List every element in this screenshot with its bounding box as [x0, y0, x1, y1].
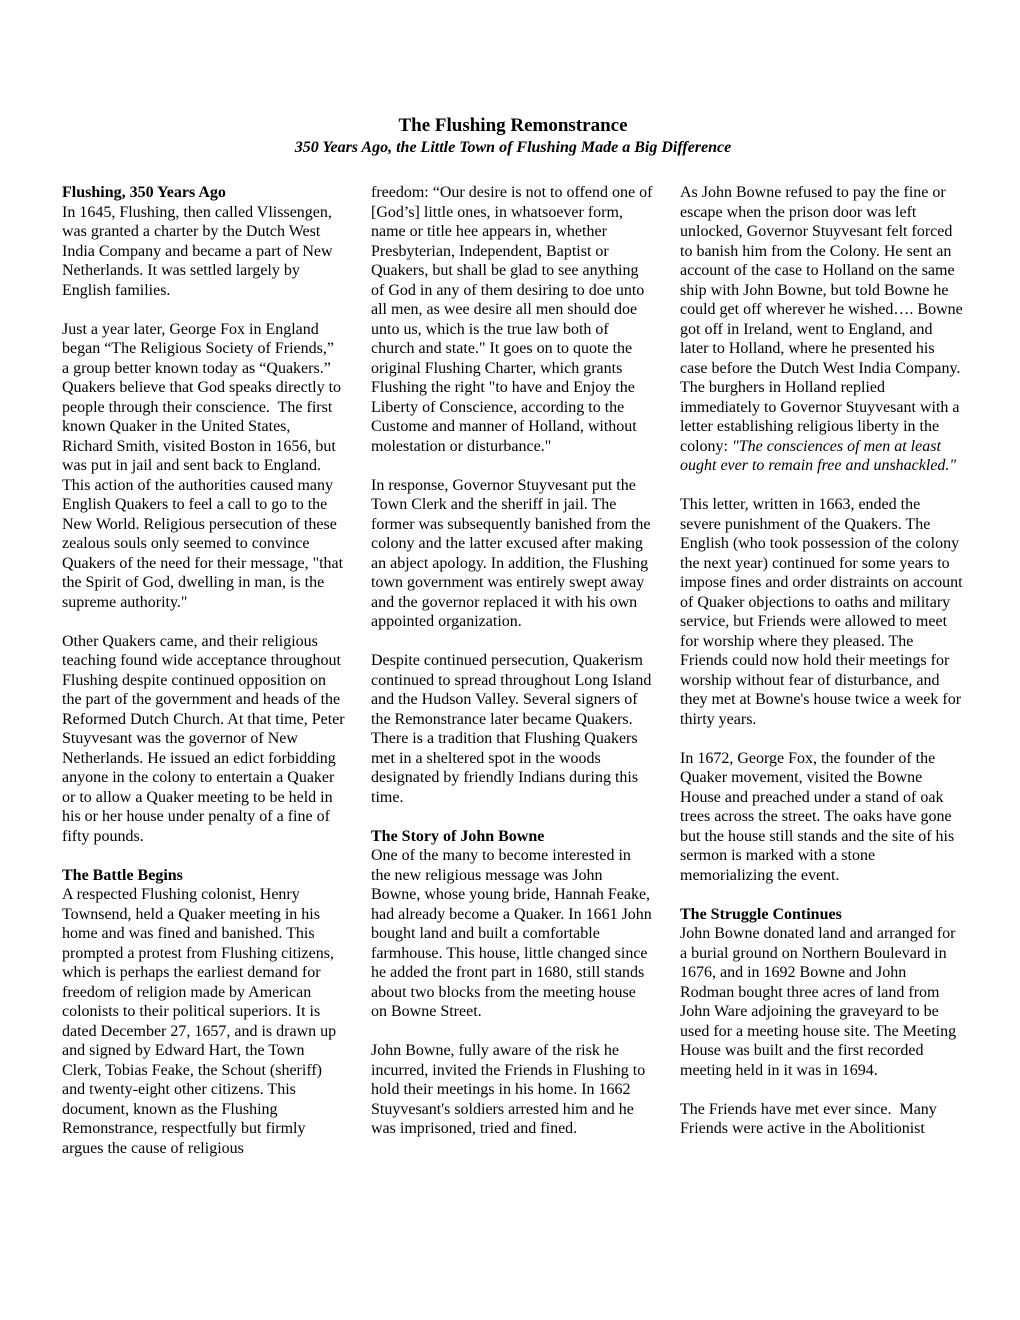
section-heading: The Battle Begins	[62, 866, 345, 886]
paragraph: A respected Flushing colonist, Henry Tow…	[62, 885, 345, 1158]
section-heading: The Story of John Bowne	[371, 827, 654, 847]
paragraph: This letter, written in 1663, ended the …	[680, 495, 963, 729]
masthead: The Flushing Remonstrance 350 Years Ago,…	[62, 115, 964, 158]
column-3: As John Bowne refused to pay the fine or…	[680, 183, 963, 1158]
paragraph: As John Bowne refused to pay the fine or…	[680, 183, 963, 476]
paragraph: freedom: “Our desire is not to offend on…	[371, 183, 654, 456]
document-subtitle: 350 Years Ago, the Little Town of Flushi…	[62, 137, 964, 158]
text-columns: Flushing, 350 Years Ago In 1645, Flushin…	[62, 183, 964, 1178]
paragraph-text: As John Bowne refused to pay the fine or…	[680, 184, 967, 455]
paragraph: Just a year later, George Fox in England…	[62, 320, 345, 613]
document-page: The Flushing Remonstrance 350 Years Ago,…	[0, 0, 1020, 1320]
paragraph: In 1645, Flushing, then called Vlissenge…	[62, 203, 345, 301]
paragraph: Other Quakers came, and their religious …	[62, 632, 345, 847]
column-2: freedom: “Our desire is not to offend on…	[371, 183, 654, 1158]
column-1: Flushing, 350 Years Ago In 1645, Flushin…	[62, 183, 345, 1178]
paragraph: In response, Governor Stuyvesant put the…	[371, 476, 654, 632]
paragraph: In 1672, George Fox, the founder of the …	[680, 749, 963, 886]
paragraph: The Friends have met ever since. Many Fr…	[680, 1100, 963, 1139]
paragraph: One of the many to become interested in …	[371, 846, 654, 1022]
section-heading: Flushing, 350 Years Ago	[62, 183, 345, 203]
paragraph: John Bowne donated land and arranged for…	[680, 924, 963, 1080]
section-heading: The Struggle Continues	[680, 905, 963, 925]
paragraph: John Bowne, fully aware of the risk he i…	[371, 1041, 654, 1139]
document-title: The Flushing Remonstrance	[62, 115, 964, 137]
paragraph: Despite continued persecution, Quakerism…	[371, 651, 654, 807]
